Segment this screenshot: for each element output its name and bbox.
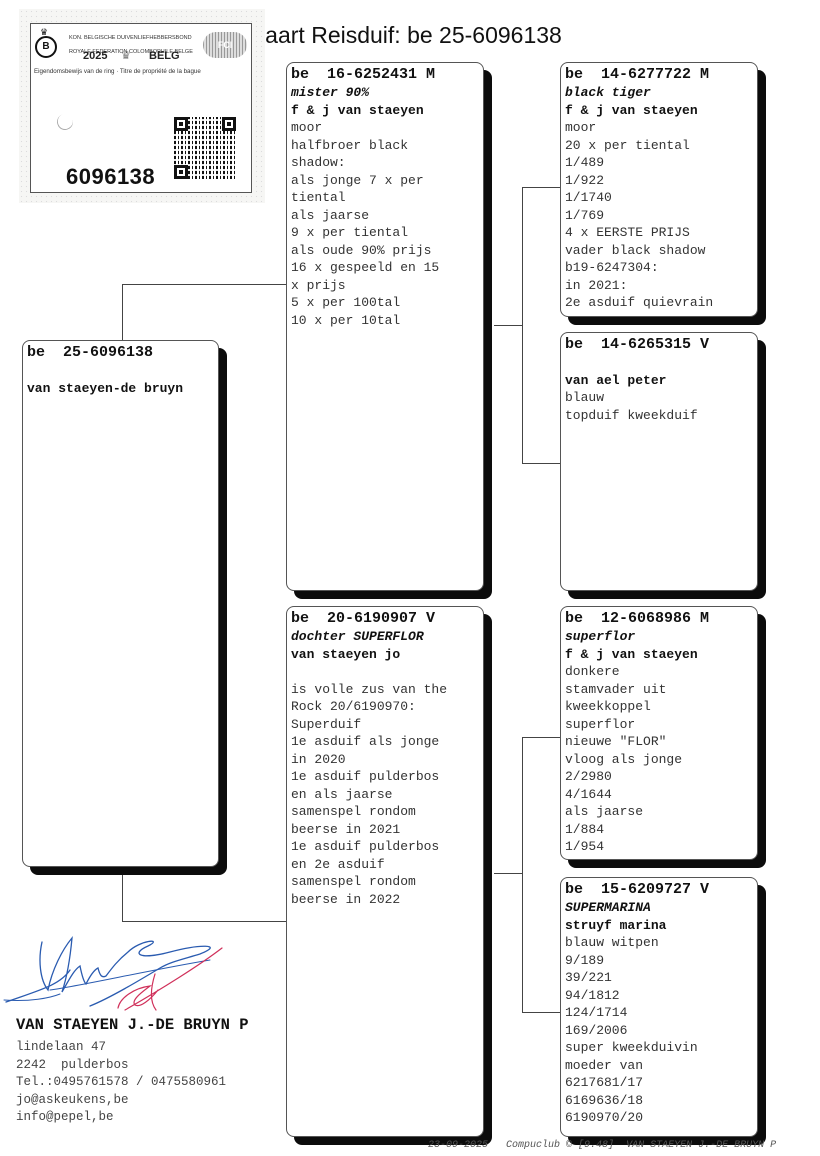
note-line: 6169636/18: [565, 1092, 753, 1110]
owner-name: struyf marina: [565, 917, 753, 935]
note-line: donkere: [565, 663, 753, 681]
note-line: 4/1644: [565, 786, 753, 804]
note-line: vader black shadow: [565, 242, 753, 260]
connector-mother-v: [522, 737, 523, 1013]
note-line: stamvader uit: [565, 681, 753, 699]
qr-code-icon: [174, 117, 236, 179]
note-line: moor: [291, 119, 479, 137]
note-line: is volle zus van the: [291, 681, 479, 699]
pigeon-name: black tiger: [565, 84, 753, 102]
note-line: in 2020: [291, 751, 479, 769]
note-line: samenspel rondom: [291, 873, 479, 891]
note-line: 1/884: [565, 821, 753, 839]
ring-number: be 25-6096138: [27, 344, 214, 362]
breeder-address: lindelaan 47: [16, 1039, 226, 1057]
ring-ownership-sticker: ♛ B KON. BELGISCHE DUIVENLIEFHEBBERSBOND…: [19, 9, 265, 203]
spacer: [27, 362, 214, 380]
note-line: 39/221: [565, 969, 753, 987]
sticker-subtitle: Eigendomsbewijs van de ring · Titre de p…: [34, 68, 201, 75]
note-line: 10 x per 10tal: [291, 312, 479, 330]
breeder-contact: lindelaan 47 2242 pulderbos Tel.:0495761…: [16, 1039, 226, 1127]
note-line: 2/2980: [565, 768, 753, 786]
note-line: Rock 20/6190970:: [291, 698, 479, 716]
pigeon-notes: is volle zus van theRock 20/6190970:Supe…: [291, 663, 479, 908]
note-line: 169/2006: [565, 1022, 753, 1040]
note-line: beerse in 2021: [291, 821, 479, 839]
note-line: 6217681/17: [565, 1074, 753, 1092]
ring-country: BELG: [149, 50, 180, 62]
note-line: 124/1714: [565, 1004, 753, 1022]
note-line: 9/189: [565, 952, 753, 970]
connector-father-v: [522, 187, 523, 464]
owner-name: van staeyen jo: [291, 646, 479, 664]
note-line: [291, 663, 479, 681]
sticker-header: ♛ B KON. BELGISCHE DUIVENLIEFHEBBERSBOND…: [31, 24, 251, 68]
ring-number: be 12-6068986 M: [565, 610, 753, 628]
connector-mother-h: [494, 873, 523, 874]
breeder-name: VAN STAEYEN J.-DE BRUYN P: [16, 1016, 249, 1034]
note-line: als jonge 7 x per: [291, 172, 479, 190]
connector-subject-father-v: [122, 284, 123, 341]
connector-mgf-h: [522, 737, 561, 738]
note-line: 16 x gespeeld en 15: [291, 259, 479, 277]
pigeon-card-subject[interactable]: be 25-6096138 van staeyen-de bruyn: [22, 340, 219, 867]
pigeon-name: mister 90%: [291, 84, 479, 102]
pigeon-name: SUPERMARINA: [565, 899, 753, 917]
note-line: shadow:: [291, 154, 479, 172]
note-line: blauw witpen: [565, 934, 753, 952]
software-credit: Compuclub © [9.48]: [506, 1140, 614, 1151]
qr-finder-icon: [174, 117, 188, 131]
owner-name: f & j van staeyen: [291, 102, 479, 120]
breeder-email-2[interactable]: info@pepel,be: [16, 1109, 226, 1127]
note-line: als jaarse: [565, 803, 753, 821]
qr-finder-icon: [222, 117, 236, 131]
print-date: 23-09-2025: [428, 1140, 488, 1151]
note-line: en 2e asduif: [291, 856, 479, 874]
qr-finder-icon: [174, 165, 188, 179]
owner-name: f & j van staeyen: [565, 646, 753, 664]
note-line: moor: [565, 119, 753, 137]
crown-emblem-icon: ♛: [121, 49, 131, 62]
sticker-ring-number: 6096138: [66, 164, 155, 190]
note-line: topduif kweekduif: [565, 407, 753, 425]
note-line: 94/1812: [565, 987, 753, 1005]
pigeon-name: dochter SUPERFLOR: [291, 628, 479, 646]
connector-pgf-h: [522, 187, 561, 188]
note-line: tiental: [291, 189, 479, 207]
note-line: 1/922: [565, 172, 753, 190]
note-line: 4 x EERSTE PRIJS: [565, 224, 753, 242]
note-line: 1/489: [565, 154, 753, 172]
note-line: beerse in 2022: [291, 891, 479, 909]
note-line: superflor: [565, 716, 753, 734]
note-line: 6190970/20: [565, 1109, 753, 1127]
note-line: nieuwe "FLOR": [565, 733, 753, 751]
owner-name: van ael peter: [565, 372, 753, 390]
note-line: b19-6247304:: [565, 259, 753, 277]
footer: 23-09-2025 Compuclub © [9.48] VAN STAEYE…: [428, 1140, 776, 1151]
federation-name-nl: KON. BELGISCHE DUIVENLIEFHEBBERSBOND: [69, 35, 193, 42]
note-line: 5 x per 100tal: [291, 294, 479, 312]
note-line: 1/1740: [565, 189, 753, 207]
note-line: super kweekduivin: [565, 1039, 753, 1057]
pigeon-notes: blauw witpen9/18939/22194/1812124/171416…: [565, 934, 753, 1127]
connector-father-h: [494, 325, 523, 326]
pigeon-notes: moorhalfbroer blackshadow:als jonge 7 x …: [291, 119, 479, 329]
federation-logo-icon: B: [35, 36, 57, 58]
pigeon-card-paternal-grandmother[interactable]: be 14-6265315 V van ael peter blauwtopdu…: [560, 332, 758, 591]
breeder-email-1[interactable]: jo@askeukens,be: [16, 1092, 226, 1110]
note-line: 1e asduif pulderbos: [291, 768, 479, 786]
ring-number: be 14-6265315 V: [565, 336, 753, 354]
breeder-phone: Tel.:0495761578 / 0475580961: [16, 1074, 226, 1092]
owner-name: f & j van staeyen: [565, 102, 753, 120]
note-line: en als jaarse: [291, 786, 479, 804]
note-line: samenspel rondom: [291, 803, 479, 821]
note-line: moeder van: [565, 1057, 753, 1075]
note-line: 9 x per tiental: [291, 224, 479, 242]
note-line: als jaarse: [291, 207, 479, 225]
pigeon-card-maternal-grandmother[interactable]: be 15-6209727 V SUPERMARINA struyf marin…: [560, 877, 758, 1137]
note-line: x prijs: [291, 277, 479, 295]
breeder-city: 2242 pulderbos: [16, 1057, 226, 1075]
note-line: Superduif: [291, 716, 479, 734]
hole-mark-icon: [55, 112, 76, 133]
pigeon-notes: blauwtopduif kweekduif: [565, 389, 753, 424]
note-line: 2e asduif quievrain: [565, 294, 753, 312]
note-line: 20 x per tiental: [565, 137, 753, 155]
footer-breeder: VAN STAEYEN J.-DE BRUYN P: [626, 1140, 776, 1151]
note-line: 1/954: [565, 838, 753, 856]
note-line: kweekkoppel: [565, 698, 753, 716]
pigeon-card-paternal-grandfather[interactable]: be 14-6277722 M black tiger f & j van st…: [560, 62, 758, 317]
note-line: 1e asduif pulderbos: [291, 838, 479, 856]
pigeon-card-mother[interactable]: be 20-6190907 V dochter SUPERFLOR van st…: [286, 606, 484, 1137]
ring-number: be 16-6252431 M: [291, 66, 479, 84]
note-line: 1/769: [565, 207, 753, 225]
connector-subject-father-h: [122, 284, 287, 285]
owner-name: van staeyen-de bruyn: [27, 380, 214, 398]
pigeon-card-father[interactable]: be 16-6252431 M mister 90% f & j van sta…: [286, 62, 484, 591]
note-line: 1e asduif als jonge: [291, 733, 479, 751]
note-line: blauw: [565, 389, 753, 407]
connector-pgm-h: [522, 463, 561, 464]
ring-year: 2025: [83, 50, 107, 62]
note-line: halfbroer black: [291, 137, 479, 155]
note-line: in 2021:: [565, 277, 753, 295]
connector-mgm-h: [522, 1012, 561, 1013]
note-line: als oude 90% prijs: [291, 242, 479, 260]
pigeon-card-maternal-grandfather[interactable]: be 12-6068986 M superflor f & j van stae…: [560, 606, 758, 860]
pigeon-notes: donkerestamvader uitkweekkoppelsuperflor…: [565, 663, 753, 856]
fci-logo-icon: FCI: [203, 32, 247, 58]
spacer: [565, 354, 753, 372]
pigeon-notes: moor20 x per tiental1/4891/9221/17401/76…: [565, 119, 753, 312]
ring-number: be 14-6277722 M: [565, 66, 753, 84]
pigeon-name: superflor: [565, 628, 753, 646]
note-line: vloog als jonge: [565, 751, 753, 769]
signature-icon: [0, 890, 240, 1020]
ring-number: be 20-6190907 V: [291, 610, 479, 628]
sticker-card: ♛ B KON. BELGISCHE DUIVENLIEFHEBBERSBOND…: [30, 23, 252, 193]
ring-number: be 15-6209727 V: [565, 881, 753, 899]
